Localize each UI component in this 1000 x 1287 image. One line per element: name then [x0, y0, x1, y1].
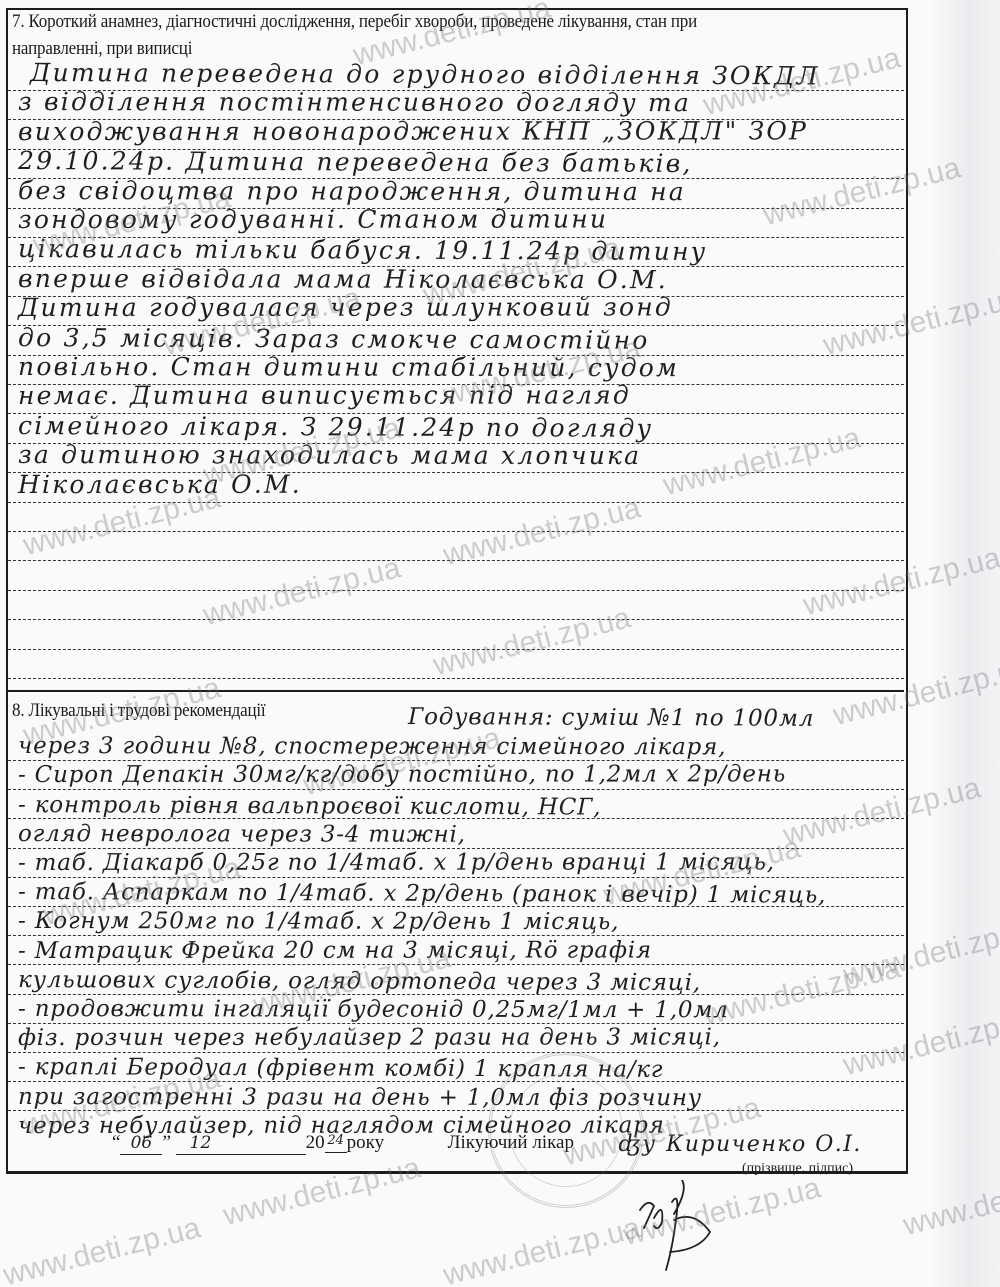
section-divider: [8, 690, 904, 692]
handwritten-line: - Матрацик Фрейка 20 см на 3 місяці, Rö …: [18, 935, 652, 966]
handwritten-line: повільно. Стан дитини стабільний, судом: [18, 352, 679, 383]
date-year-suffix: 24: [325, 1130, 347, 1153]
handwritten-line: - таб. Діакарб 0,25г по 1/4таб. х 1р/ден…: [18, 847, 775, 878]
section-7-title: 7. Короткий анамнез, діагностичні дослід…: [12, 9, 895, 63]
handwritten-line: без свідоцтва про народження, дитина на: [18, 176, 686, 207]
handwritten-line: кульшових суглобів, огляд ортопеда через…: [18, 965, 701, 998]
handwritten-line: фіз. розчин через небулайзер 2 рази на д…: [18, 1023, 721, 1054]
ruled-line: [8, 649, 904, 650]
handwritten-line: Ніколаєвська О.М.: [18, 469, 302, 499]
handwritten-line: сімейного лікаря. З 29.11.24р по догляду: [18, 411, 653, 444]
handwritten-line: вперше відвідала мама Ніколаєвська О.М.: [18, 264, 668, 295]
ruled-line: [8, 502, 904, 503]
doctor-initial-scribble: ʤy: [618, 1132, 656, 1157]
handwritten-line: немає. Дитина виписується під нагляд: [18, 381, 631, 412]
handwritten-line: - контроль рівня вальпроєвої кислоти, НС…: [18, 790, 601, 823]
handwritten-signature: [610, 1180, 760, 1280]
handwritten-line: Годування: суміш №1 по 100мл: [408, 702, 814, 734]
handwritten-line: цікавилась тільки бабуся. 19.11.24р дити…: [18, 234, 707, 267]
watermark-text: www.deti.zp.ua: [0, 1211, 204, 1287]
handwritten-line: до 3,5 місяців. Зараз смокче самостійно: [18, 323, 650, 356]
section-7-title-line-1: 7. Короткий анамнез, діагностичні дослід…: [12, 12, 697, 32]
ruled-line: [8, 560, 904, 561]
page-edge-shadow: [930, 0, 1000, 1287]
handwritten-line: - Когнум 250мг по 1/4таб. х 2р/день 1 мі…: [18, 906, 619, 937]
quote-close: ”: [162, 1132, 170, 1153]
handwritten-line: виходжування новонароджених КНП „ЗОКДЛ" …: [18, 116, 808, 147]
date-year-word: року: [347, 1132, 384, 1153]
date-day: 06: [120, 1132, 162, 1155]
ruled-line: [8, 678, 904, 679]
handwritten-line: з відділення постінтенсивного догляду та: [18, 87, 691, 118]
handwritten-line: через 3 години №8, спостереження сімейно…: [18, 731, 726, 762]
section-7-title-line-2: направленні, при виписці: [12, 39, 192, 59]
handwritten-line: Дитина годувалася через шлунковий зонд: [18, 293, 673, 324]
handwritten-line: за дитиною знаходилась мама хлопчика: [18, 440, 641, 471]
doctor-label: Лікуючий лікар: [448, 1132, 574, 1153]
date-year-prefix: 20: [306, 1132, 325, 1153]
handwritten-line: - Сироп Депакін 30мг/кг/добу постійно, п…: [18, 760, 786, 791]
handwritten-line: - продовжити інгаляції будесонід 0,25мг/…: [18, 994, 729, 1025]
ruled-line: [8, 531, 904, 532]
doctor-name-handwritten: ʤyКириченко О.І.: [618, 1132, 862, 1157]
ruled-line: [8, 590, 904, 591]
signature-caption: (прізвище, підпис): [742, 1161, 853, 1177]
section-8-title: 8. Лікувальні і трудові рекомендації: [12, 698, 265, 725]
handwritten-line: зондовому годуванні. Станом дитини: [18, 204, 608, 235]
handwritten-line: огляд невролога через 3-4 тижні,: [18, 819, 466, 850]
handwritten-line: 29.10.24р. Дитина переведена без батьків…: [18, 146, 693, 179]
date-month: 12: [176, 1132, 306, 1155]
ruled-line: [8, 619, 904, 620]
quote-open: “: [112, 1132, 120, 1153]
date-row: “06” 122024року Лікуючий лікар: [112, 1130, 574, 1155]
doctor-name: Кириченко О.І.: [666, 1132, 862, 1157]
